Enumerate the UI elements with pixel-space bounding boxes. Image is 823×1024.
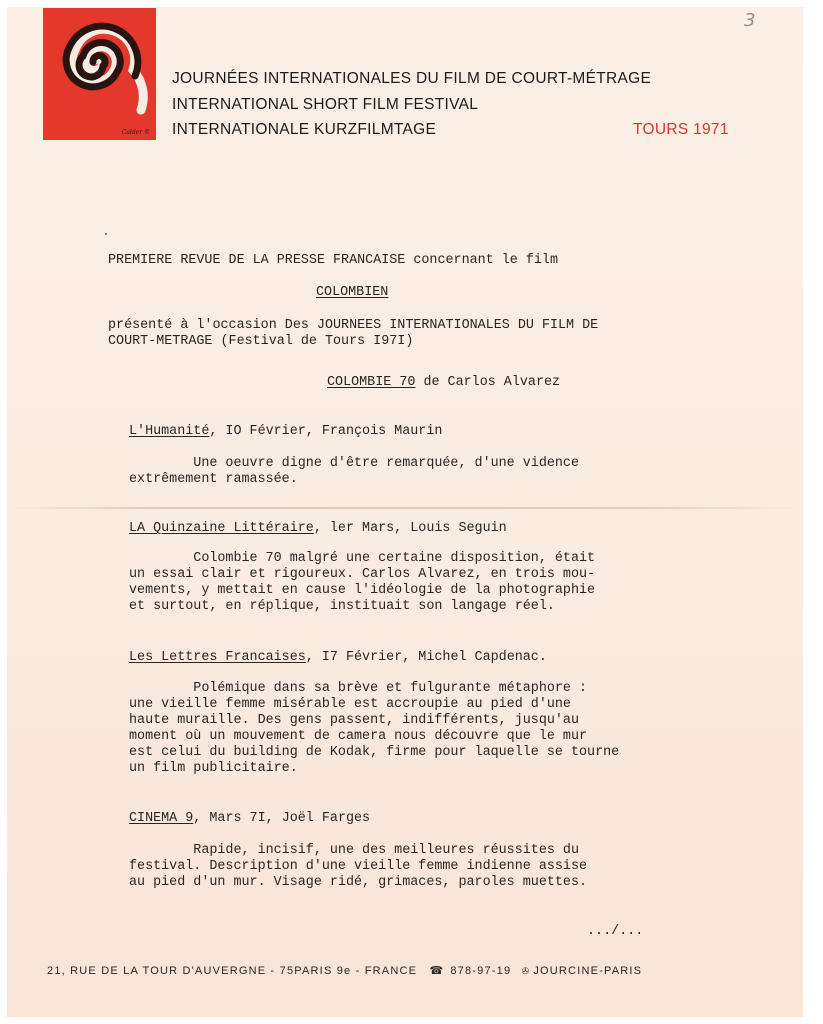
review-text-line: haute muraille. Des gens passent, indiff… — [129, 713, 579, 729]
continuation-mark: .../... — [587, 924, 643, 940]
review-meta: , Mars 7I, Joël Farges — [193, 811, 370, 826]
film-origin: COLOMBIEN — [316, 285, 388, 301]
speck — [105, 233, 107, 235]
letterhead-line-german: INTERNATIONALE KURZFILMTAGE — [172, 121, 436, 139]
review-heading: LA Quinzaine Littéraire, ler Mars, Louis… — [129, 521, 507, 537]
film-director: de Carlos Alvarez — [415, 375, 560, 390]
review-text-line: moment où un mouvement de camera nous dé… — [129, 729, 587, 745]
review-text-line: une vieille femme misérable est accroupi… — [129, 697, 571, 713]
page-number: 3 — [744, 10, 755, 31]
film-credit: COLOMBIE 70 de Carlos Alvarez — [327, 375, 560, 391]
letterhead-line-english: INTERNATIONAL SHORT FILM FESTIVAL — [172, 96, 478, 114]
intro-line: COURT-METRAGE (Festival de Tours I97I) — [108, 334, 413, 350]
review-text-line: extrêmement ramassée. — [129, 472, 298, 488]
review-heading: Les Lettres Francaises, I7 Février, Mich… — [129, 650, 547, 666]
letterhead-line-french: JOURNÉES INTERNATIONALES DU FILM DE COUR… — [172, 70, 651, 88]
logo-signature: Calder © — [122, 129, 150, 136]
review-source: Les Lettres Francaises — [129, 650, 306, 665]
review-source: LA Quinzaine Littéraire — [129, 521, 314, 536]
paper-fold-line — [7, 507, 803, 509]
footer-address-bar: 21, RUE DE LA TOUR D'AUVERGNE - 75PARIS … — [47, 964, 642, 977]
telephone-icon: ☎ — [429, 964, 444, 977]
intro-line: PREMIERE REVUE DE LA PRESSE FRANCAISE co… — [108, 253, 558, 269]
footer-phone: 878-97-19 — [450, 965, 511, 977]
review-meta: , IO Février, François Maurin — [209, 424, 442, 439]
review-heading: CINEMA 9, Mars 7I, Joël Farges — [129, 811, 370, 827]
review-meta: , I7 Février, Michel Capdenac. — [306, 650, 547, 665]
review-text-line: et surtout, en réplique, instituait son … — [129, 599, 555, 615]
review-text-line: Colombie 70 malgré une certaine disposit… — [129, 551, 595, 567]
review-text-line: Polémique dans sa brève et fulgurante mé… — [129, 681, 587, 697]
review-text-line: vements, y mettait en cause l'idéologie … — [129, 583, 595, 599]
review-text-line: festival. Description d'une vieille femm… — [129, 859, 587, 875]
review-heading: L'Humanité, IO Février, François Maurin — [129, 424, 442, 440]
review-text-line: un essai clair et rigoureux. Carlos Alva… — [129, 567, 595, 583]
intro-line: présenté à l'occasion Des JOURNEES INTER… — [108, 318, 598, 334]
telegram-icon: ✇ — [522, 966, 531, 977]
review-source: CINEMA 9 — [129, 811, 193, 826]
review-text-line: un film publicitaire. — [129, 761, 298, 777]
film-title: COLOMBIE 70 — [327, 375, 415, 390]
review-text-line: au pied d'un mur. Visage ridé, grimaces,… — [129, 875, 587, 891]
review-source: L'Humanité — [129, 424, 209, 439]
festival-logo: Calder © — [43, 8, 156, 140]
spiral-icon — [43, 8, 156, 140]
review-meta: , ler Mars, Louis Seguin — [314, 521, 507, 536]
footer-telegram: JOURCINE-PARIS — [533, 965, 642, 977]
letterhead-edition: TOURS 1971 — [633, 121, 729, 139]
review-text-line: Rapide, incisif, une des meilleures réus… — [129, 843, 579, 859]
footer-address: 21, RUE DE LA TOUR D'AUVERGNE - 75PARIS … — [47, 965, 417, 977]
review-text-line: Une oeuvre digne d'être remarquée, d'une… — [129, 456, 579, 472]
review-text-line: est celui du building de Kodak, firme po… — [129, 745, 619, 761]
